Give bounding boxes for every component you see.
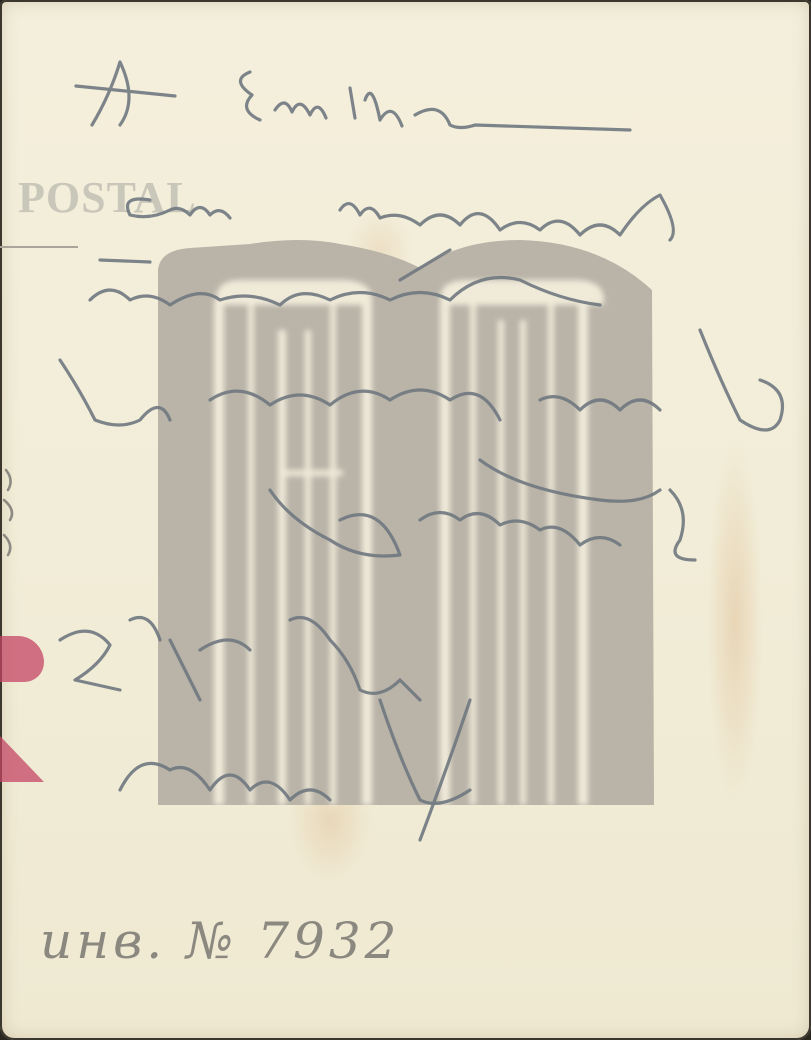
inventory-number: инв. № 7932 — [40, 912, 400, 970]
handwriting-line: con mejores — [5, 0, 11, 1]
handwriting-line: sentimientos — [11, 0, 18, 1]
handwriting-line: Madrid — [46, 0, 50, 1]
handwritten-message: A Emilia con mejores sentimientos de nue… — [0, 0, 50, 1]
postcard-back: POSTAL — [0, 0, 811, 1040]
handwriting-line: de nuestra amistad — [18, 0, 28, 1]
handwriting-line: 29 / 11 / 1904 — [39, 0, 46, 1]
pencil-edge-marks — [0, 0, 811, 1040]
handwriting-line: Deseándole — [32, 0, 38, 1]
